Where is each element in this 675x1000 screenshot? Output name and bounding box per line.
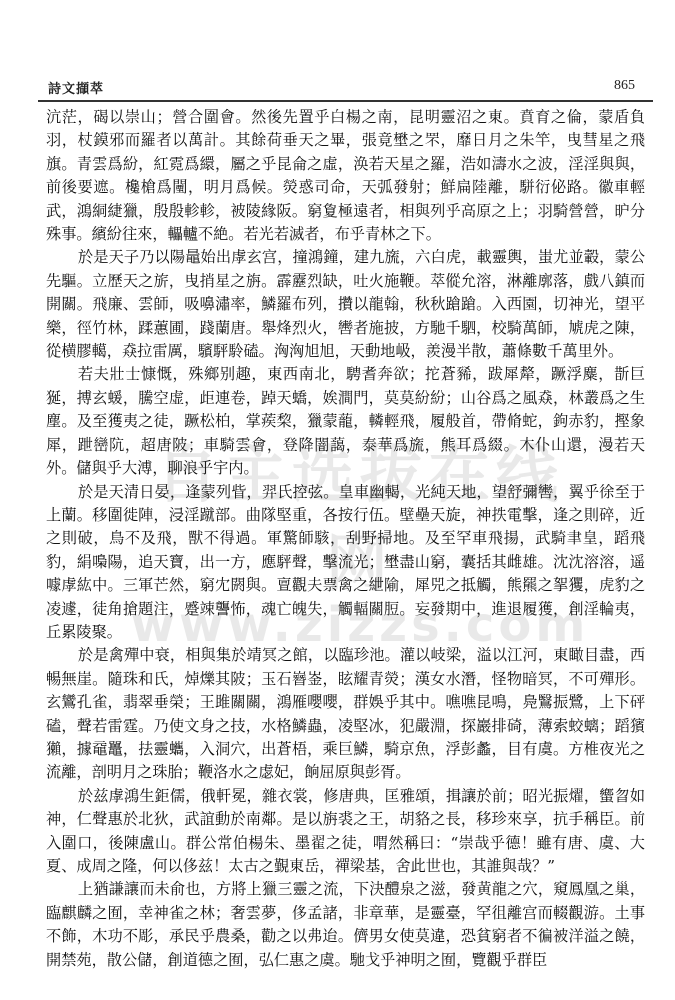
book-title: 詩文擷萃 [48, 78, 104, 97]
body-text: 沆茫，碣以崇山；營合圍會。然後先置乎白楊之南，昆明靈沼之東。賁育之倫，蒙盾負羽，… [46, 106, 645, 972]
paragraph-1: 沆茫，碣以崇山；營合圍會。然後先置乎白楊之南，昆明靈沼之東。賁育之倫，蒙盾負羽，… [46, 106, 645, 246]
paragraph-7: 上猶謙讓而未俞也，方將上獵三靈之流，下決醴泉之滋，發黄龍之穴，窺鳳凰之巢，臨麒麟… [46, 878, 645, 972]
header-rule [38, 100, 653, 102]
page-number: 865 [614, 78, 635, 94]
paragraph-5: 於是禽殫中衰，相與集於靖冥之館，以臨珍池。灌以岐梁，溢以江河，東瞰目盡，西暢無崖… [46, 644, 645, 784]
paragraph-3: 若夫壯士慷慨，殊鄉别趣，東西南北，騁耆奔欲；拕蒼豨，跋犀犛，蹶浮麋，斮巨狿，搏玄… [46, 363, 645, 480]
paragraph-2: 於是天子乃以陽鼂始出虖玄宫，撞鴻鐘，建九旒，六白虎，載靈輿，蚩尤並轂，蒙公先驅。… [46, 246, 645, 363]
paragraph-6: 於兹虖鴻生鉅儒，俄軒冕，雜衣裳，修唐典，匡雅頌，揖讓於前；昭光振燿，蠁曶如神，仁… [46, 785, 645, 879]
paragraph-4: 於是天清日晏，逢蒙列眥，羿氏控弦。皇車幽輵，光純天地，望舒彌轡，翼乎徐至于上蘭。… [46, 481, 645, 645]
